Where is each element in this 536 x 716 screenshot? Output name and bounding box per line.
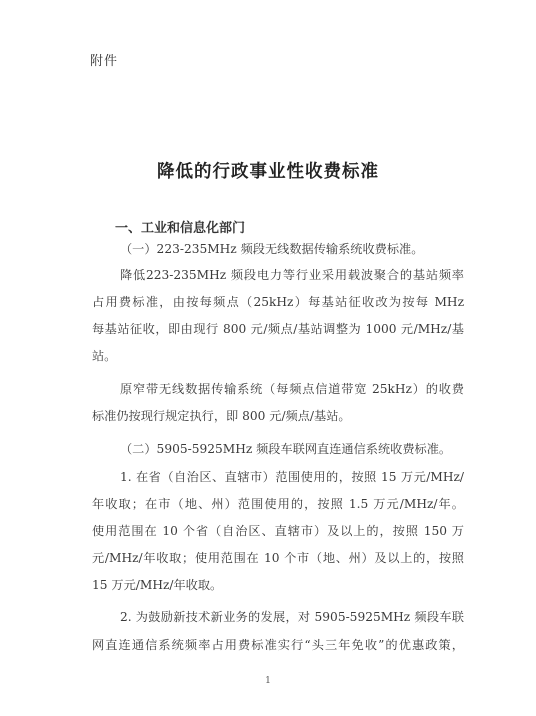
paragraph-line: 15 万元/MHz/年收取。 bbox=[92, 576, 464, 593]
attachment-label: 附件 bbox=[90, 50, 118, 69]
paragraph-line: 年收取；在市（地、州）范围使用的，按照 1.5 万元/MHz/年。 bbox=[92, 495, 464, 512]
paragraph-line: 1. 在省（自治区、直辖市）范围使用的，按照 15 万元/MHz/ bbox=[120, 468, 464, 485]
paragraph-line: 站。 bbox=[92, 347, 464, 364]
subsection-heading-2: （二）5905-5925MHz 频段车联网直连通信系统收费标准。 bbox=[120, 440, 464, 457]
paragraph-line: 降低223-235MHz 频段电力等行业采用载波聚合的基站频率 bbox=[120, 266, 464, 283]
page-number: 1 bbox=[0, 676, 536, 686]
paragraph-line: 标准仍按现行规定执行，即 800 元/频点/基站。 bbox=[92, 407, 464, 424]
document-page: 附件 降低的行政事业性收费标准 一、工业和信息化部门 （一）223-235MHz… bbox=[0, 0, 536, 716]
paragraph-line: 原窄带无线数据传输系统（每频点信道带宽 25kHz）的收费 bbox=[120, 380, 464, 397]
subsection-heading-1: （一）223-235MHz 频段无线数据传输系统收费标准。 bbox=[120, 240, 464, 257]
section-heading: 一、工业和信息化部门 bbox=[115, 217, 245, 236]
paragraph-line: 使用范围在 10 个省（自治区、直辖市）及以上的，按照 150 万 bbox=[92, 522, 464, 539]
paragraph-line: 每基站征收，即由现行 800 元/频点/基站调整为 1000 元/MHz/基 bbox=[92, 320, 464, 337]
paragraph-line: 占用费标准，由按每频点（25kHz）每基站征收改为按每 MHz bbox=[92, 293, 464, 310]
paragraph-line: 元/MHz/年收取；使用范围在 10 个市（地、州）及以上的，按照 bbox=[92, 549, 464, 566]
document-title: 降低的行政事业性收费标准 bbox=[0, 158, 536, 183]
paragraph-line: 网直连通信系统频率占用费标准实行“头三年免收”的优惠政策， bbox=[92, 636, 464, 653]
paragraph-line: 2. 为鼓励新技术新业务的发展，对 5905-5925MHz 频段车联 bbox=[120, 608, 464, 625]
